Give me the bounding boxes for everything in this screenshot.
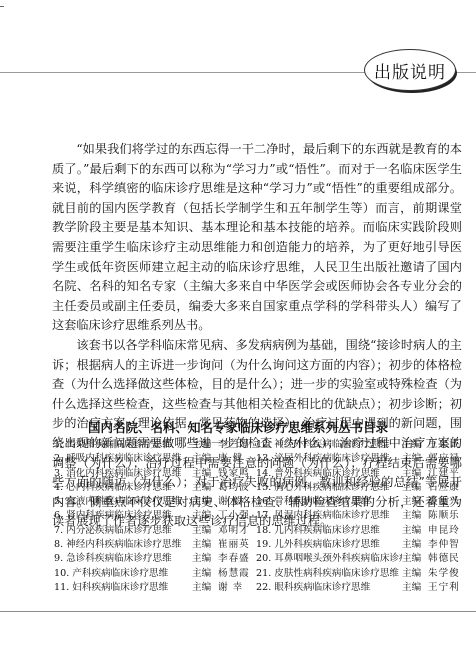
catalog-column-right: 12. 神经外科疾病临床诊疗思维主编王忠诚 13. 泌尿外科疾病临床诊疗思维主编… xyxy=(256,438,464,595)
catalog-list: 1. 传染科疾病临床诊疗思维主编李兰娟 2. 呼吸内科疾病临床诊疗思维主编康 健… xyxy=(54,438,464,595)
catalog-item: 22. 眼科疾病临床诊疗思维主编王宁利 xyxy=(256,581,464,595)
role-label: 主编 xyxy=(402,495,428,509)
role-label: 主编 xyxy=(192,495,218,509)
editor-name: 杨慧霞 xyxy=(218,567,254,581)
catalog-column-left: 1. 传染科疾病临床诊疗思维主编李兰娟 2. 呼吸内科疾病临床诊疗思维主编康 健… xyxy=(54,438,254,595)
role-label: 主编 xyxy=(192,452,218,466)
book-title: 9. 急诊科疾病临床诊疗思维 xyxy=(54,552,192,566)
editor-name: 葛均波 xyxy=(218,481,254,495)
book-title: 15. 胸心外科疾病临床诊疗思维 xyxy=(256,481,402,495)
role-label: 主编 xyxy=(402,538,428,552)
scan-mark xyxy=(0,6,4,7)
catalog-item: 21. 皮肤性病科疾病临床诊疗思维主编朱学俊 xyxy=(256,567,464,581)
book-title: 1. 传染科疾病临床诊疗思维 xyxy=(54,438,192,452)
book-title: 21. 皮肤性病科疾病临床诊疗思维 xyxy=(256,567,402,581)
book-title: 16. 骨科疾病临床诊疗思维 xyxy=(256,495,402,509)
role-label: 主编 xyxy=(192,467,218,481)
editor-name: 康 健 xyxy=(218,452,254,466)
book-title: 14. 普外科疾病临床诊疗思维 xyxy=(256,467,402,481)
role-label: 主编 xyxy=(192,524,218,538)
catalog-item: 6. 肾内科疾病临床诊疗思维主编丁小强 xyxy=(54,509,254,523)
catalog-item: 2. 呼吸内科疾病临床诊疗思维主编康 健 xyxy=(54,452,254,466)
book-title: 5. 血液内科疾病临床诊疗思维 xyxy=(54,495,192,509)
footer-rule xyxy=(0,611,476,612)
book-title: 11. 妇科疾病临床诊疗思维 xyxy=(54,581,192,595)
role-label: 主编 xyxy=(192,581,218,595)
editor-name: 裘复兴 xyxy=(428,495,464,509)
editor-name: 石应康 xyxy=(428,481,464,495)
book-title: 20. 耳鼻咽喉头颈外科疾病临床诊疗思维 xyxy=(256,552,402,566)
role-label: 主编 xyxy=(402,467,428,481)
book-title: 17. 风湿内科疾病临床诊疗思维 xyxy=(256,509,402,523)
role-label: 主编 xyxy=(402,581,428,595)
book-title: 7. 内分泌疾病临床诊疗思维 xyxy=(54,524,192,538)
editor-name: 谢 毅 xyxy=(218,495,254,509)
book-title: 12. 神经外科疾病临床诊疗思维 xyxy=(256,438,402,452)
catalog-item: 3. 消化内科疾病临床诊疗思维主编钱家鸣 xyxy=(54,467,254,481)
catalog-item: 17. 风湿内科疾病临床诊疗思维主编陈顺乐 xyxy=(256,509,464,523)
editor-name: 王忠诚 xyxy=(428,438,464,452)
catalog-item: 19. 儿外科疾病临床诊疗思维主编李仲智 xyxy=(256,538,464,552)
section-title: 出版说明 xyxy=(374,58,446,83)
editor-name: 崔丽英 xyxy=(218,538,254,552)
editor-name: 谢 幸 xyxy=(218,581,254,595)
role-label: 主编 xyxy=(402,452,428,466)
catalog-item: 14. 普外科疾病临床诊疗思维主编江建平 xyxy=(256,467,464,481)
book-title: 3. 消化内科疾病临床诊疗思维 xyxy=(54,467,192,481)
book-title: 18. 儿内科疾病临床诊疗思维 xyxy=(256,524,402,538)
book-title: 10. 产科疾病临床诊疗思维 xyxy=(54,567,192,581)
catalog-item: 8. 神经内科疾病临床诊疗思维主编崔丽英 xyxy=(54,538,254,552)
editor-name: 朱学俊 xyxy=(428,567,464,581)
catalog-item: 9. 急诊科疾病临床诊疗思维主编李春盛 xyxy=(54,552,254,566)
editor-name: 申昆玲 xyxy=(428,524,464,538)
role-label: 主编 xyxy=(192,552,218,566)
editor-name: 丁小强 xyxy=(218,509,254,523)
catalog-item: 18. 儿内科疾病临床诊疗思维主编申昆玲 xyxy=(256,524,464,538)
editor-name: 邓明才 xyxy=(218,524,254,538)
editor-name: 李兰娟 xyxy=(218,438,254,452)
book-title: 13. 泌尿外科疾病临床诊疗思维 xyxy=(256,452,402,466)
editor-name: 江建平 xyxy=(428,467,464,481)
book-title: 22. 眼科疾病临床诊疗思维 xyxy=(256,581,402,595)
book-title: 8. 神经内科疾病临床诊疗思维 xyxy=(54,538,192,552)
catalog-item: 11. 妇科疾病临床诊疗思维主编谢 幸 xyxy=(54,581,254,595)
editor-name: 王宁利 xyxy=(428,581,464,595)
catalog-item: 4. 心内科疾病临床诊疗思维主编葛均波 xyxy=(54,481,254,495)
role-label: 主编 xyxy=(402,509,428,523)
catalog-item: 15. 胸心外科疾病临床诊疗思维主编石应康 xyxy=(256,481,464,495)
book-title: 4. 心内科疾病临床诊疗思维 xyxy=(54,481,192,495)
editor-name: 李仲智 xyxy=(428,538,464,552)
role-label: 主编 xyxy=(192,538,218,552)
role-label: 主编 xyxy=(402,438,428,452)
catalog-item: 16. 骨科疾病临床诊疗思维主编裘复兴 xyxy=(256,495,464,509)
book-title: 6. 肾内科疾病临床诊疗思维 xyxy=(54,509,192,523)
book-title: 2. 呼吸内科疾病临床诊疗思维 xyxy=(54,452,192,466)
editor-name: 陈顺乐 xyxy=(428,509,464,523)
role-label: 主编 xyxy=(192,481,218,495)
section-badge: 出版说明 xyxy=(364,49,456,91)
catalog-item: 7. 内分泌疾病临床诊疗思维主编邓明才 xyxy=(54,524,254,538)
editor-name: 李春盛 xyxy=(218,552,254,566)
editor-name: 韩德民 xyxy=(428,552,464,566)
catalog-item: 20. 耳鼻咽喉头颈外科疾病临床诊疗思维主编韩德民 xyxy=(256,552,464,566)
role-label: 主编 xyxy=(402,524,428,538)
role-label: 主编 xyxy=(192,509,218,523)
editor-name: 钱家鸣 xyxy=(218,467,254,481)
book-title: 19. 儿外科疾病临床诊疗思维 xyxy=(256,538,402,552)
role-label: 主编 xyxy=(192,567,218,581)
catalog-item: 12. 神经外科疾病临床诊疗思维主编王忠诚 xyxy=(256,438,464,452)
catalog-item: 1. 传染科疾病临床诊疗思维主编李兰娟 xyxy=(54,438,254,452)
paragraph: “如果我们将学过的东西忘得一干二净时，最后剩下的东西就是教育的本质了。”最后剩下… xyxy=(52,140,462,336)
catalog-title: 国内名院、名科、知名专家临床诊疗思维系列丛书目录 xyxy=(0,418,476,436)
role-label: 主编 xyxy=(402,567,428,581)
catalog-item: 13. 泌尿外科疾病临床诊疗思维主编郭应禄 xyxy=(256,452,464,466)
editor-name: 郭应禄 xyxy=(428,452,464,466)
role-label: 主编 xyxy=(192,438,218,452)
role-label: 主编 xyxy=(402,481,428,495)
catalog-item: 5. 血液内科疾病临床诊疗思维主编谢 毅 xyxy=(54,495,254,509)
role-label: 主编 xyxy=(402,552,428,566)
catalog-item: 10. 产科疾病临床诊疗思维主编杨慧霞 xyxy=(54,567,254,581)
